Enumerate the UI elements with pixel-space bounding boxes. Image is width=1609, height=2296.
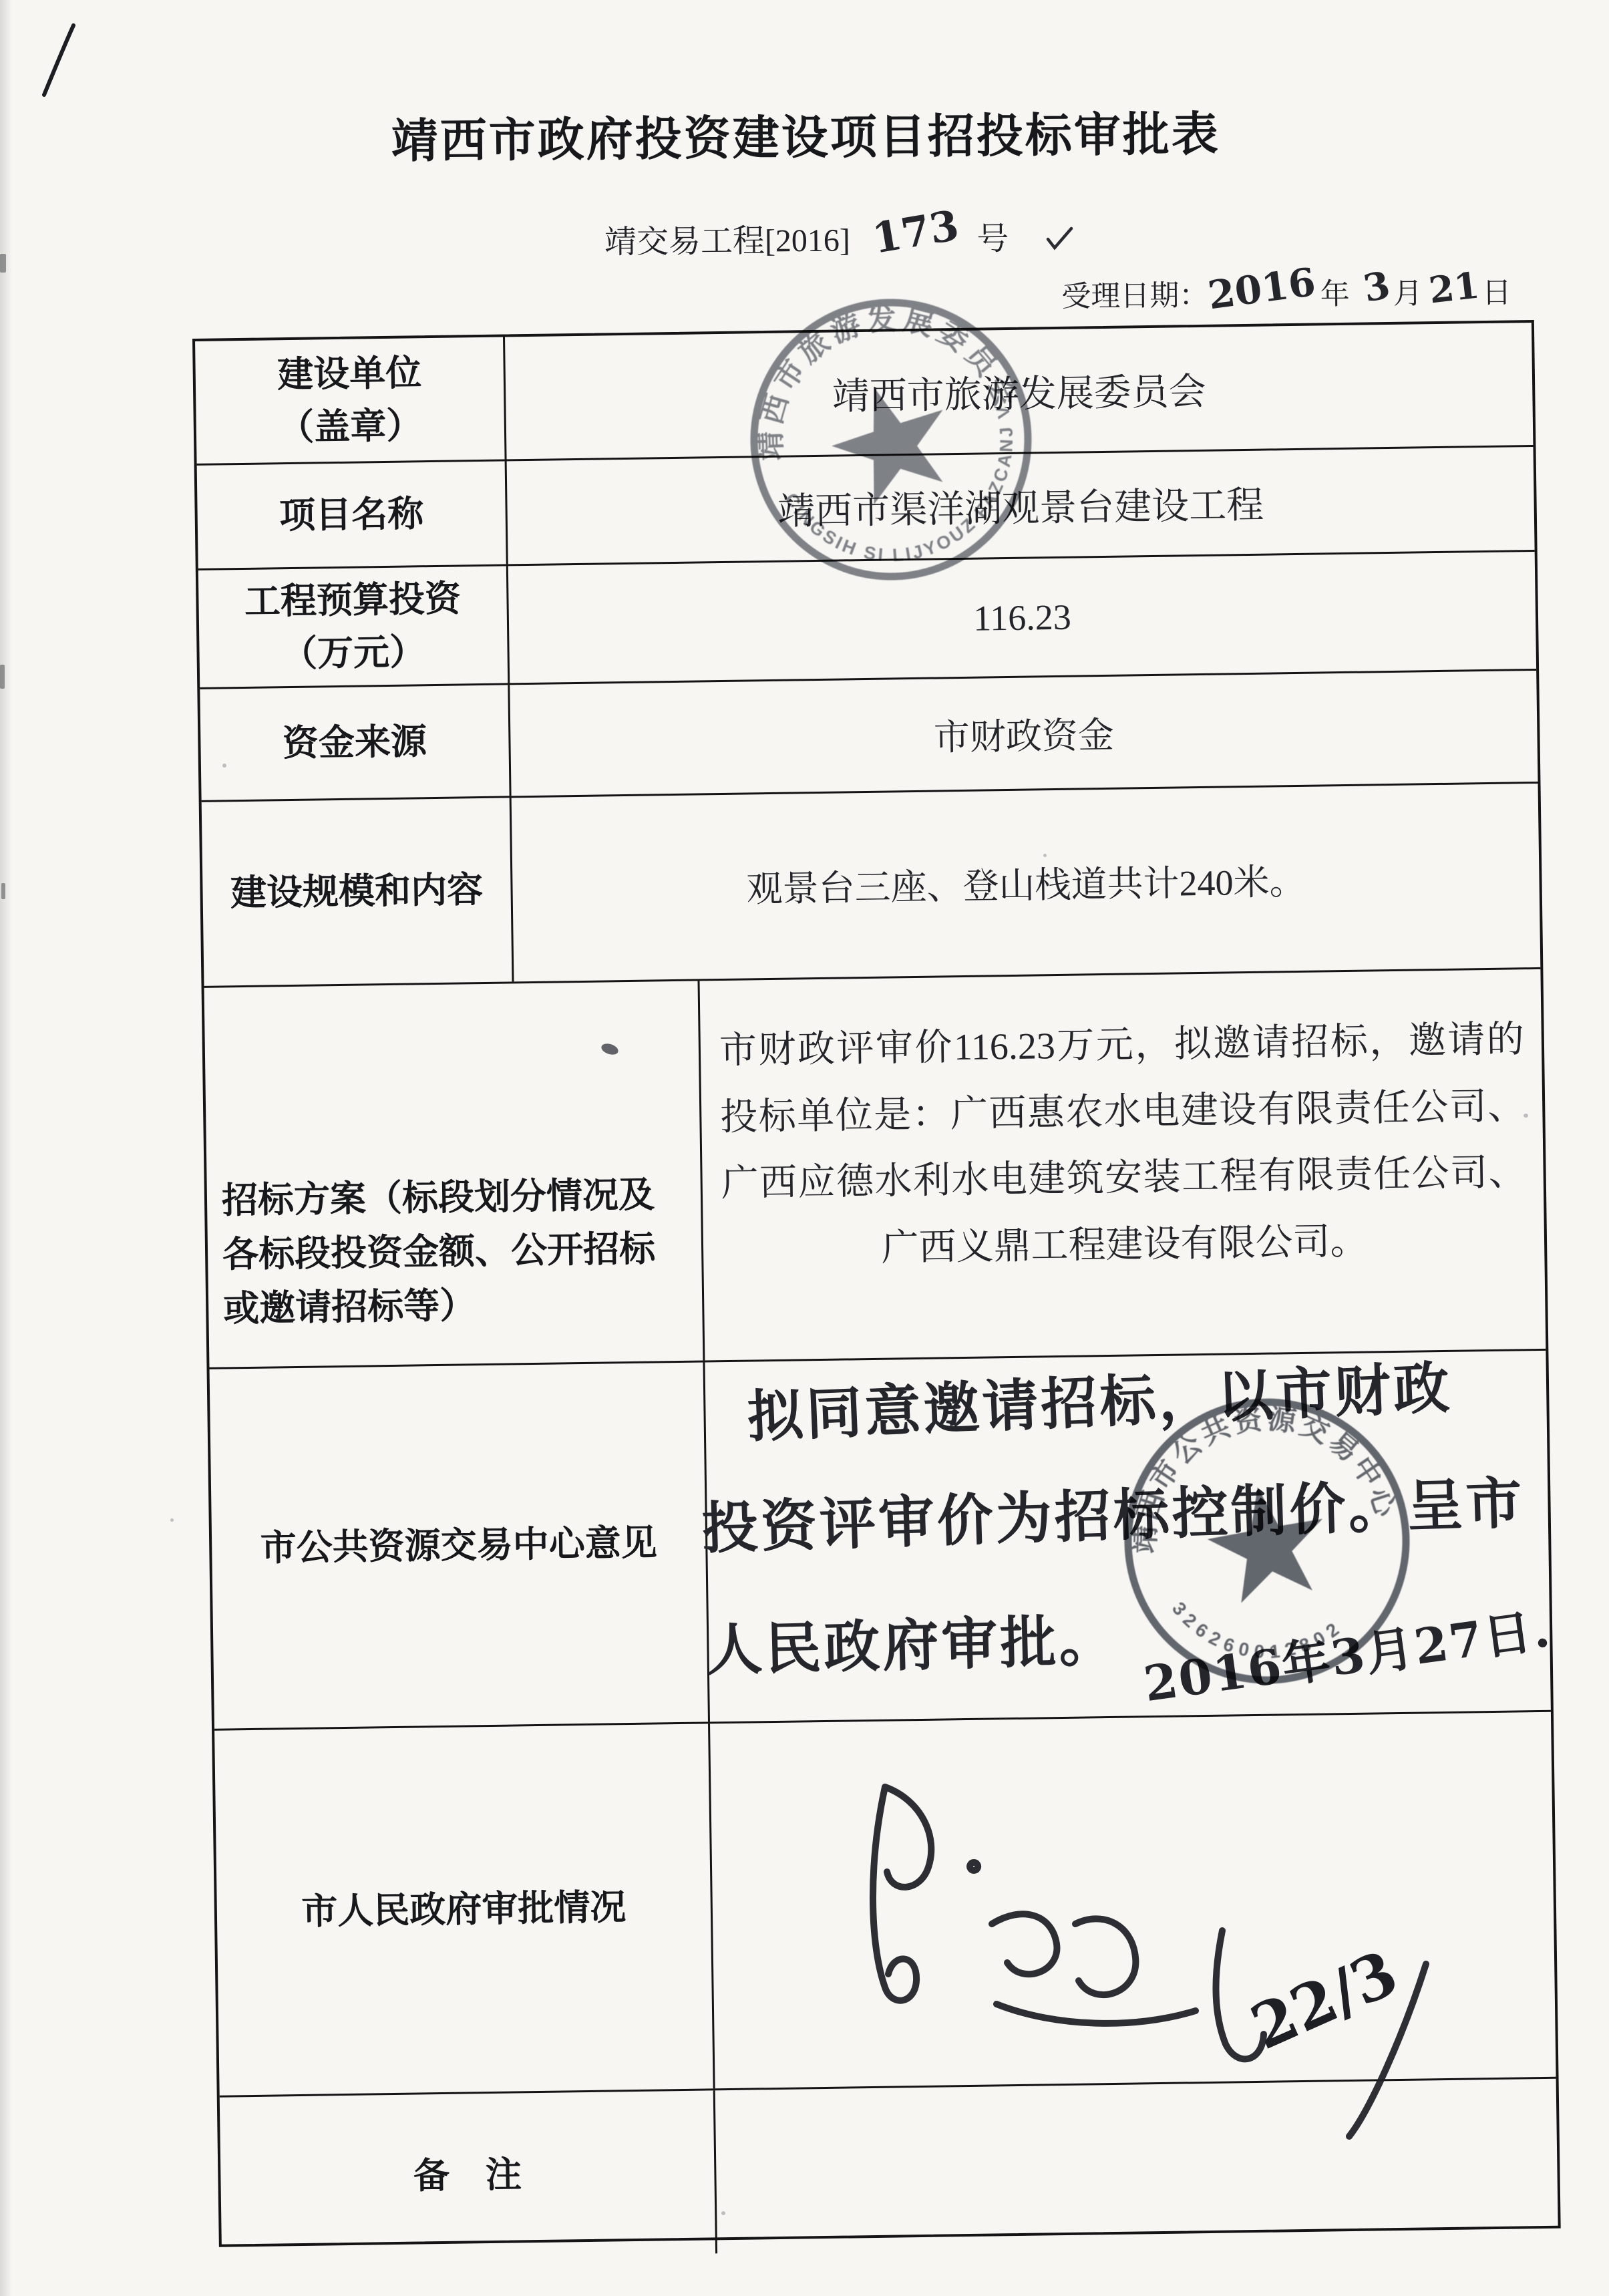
accept-day-unit: 日 [1482, 277, 1511, 309]
scan-edge-mark [1, 883, 5, 899]
accept-day-handwritten: 21 [1427, 264, 1481, 312]
trading-center-seal: 靖西市公共资源交易中心 326260012802 [1085, 1359, 1449, 1723]
form-header: 靖西市政府投资建设项目招投标审批表 靖交易工程[2016]173号 受理日期：2… [0, 0, 1609, 7]
row-label: 资金来源 [282, 715, 427, 770]
page-title: 靖西市政府投资建设项目招投标审批表 [1, 93, 1609, 174]
stray-pen-slash [35, 20, 81, 100]
accept-date-label: 受理日期： [1061, 279, 1208, 313]
row-label-cell: 备 注 [220, 2090, 717, 2260]
accept-month-unit: 月 [1393, 277, 1423, 310]
table-row-funding-source: 资金来源 市财政资金 [200, 669, 1538, 800]
row-value: 市财政评审价116.23万元，拟邀请招标，邀请的投标单位是：广西惠农水电建设有限… [719, 1019, 1527, 1269]
row-label: 市人民政府审批情况 [301, 1881, 627, 1938]
scan-edge-shadow [0, 0, 12, 2296]
row-value-cell: 116.23 [508, 552, 1536, 683]
accept-month-handwritten: 3 [1360, 263, 1393, 311]
scan-edge-mark [0, 665, 5, 689]
row-label-cell: 招标方案（标段划分情况及各标段投资金额、公开招标或邀请招标等） [204, 981, 705, 1367]
row-label: 建设单位 （盖章） [277, 347, 423, 454]
row-value-cell: 观景台三座、登山栈道共计240米。 [512, 784, 1541, 981]
row-label-cell: 建设规模和内容 [202, 798, 514, 985]
scanned-form-page: 靖西市政府投资建设项目招投标审批表 靖交易工程[2016]173号 受理日期：2… [0, 0, 1609, 2296]
row-label-cell: 市公共资源交易中心意见 [210, 1362, 710, 1728]
row-label: 建设规模和内容 [230, 864, 484, 920]
row-label-cell: 工程预算投资 （万元） [198, 566, 510, 687]
table-row-bidding-plan: 招标方案（标段划分情况及各标段投资金额、公开招标或邀请招标等） 市财政评审价11… [204, 967, 1546, 1367]
doc-no-handwritten: 173 [869, 200, 962, 263]
accept-year-handwritten: 2016 [1206, 259, 1318, 318]
row-value-cell: 市财政评审价116.23万元，拟邀请招标，邀请的投标单位是：广西惠农水电建设有限… [699, 969, 1546, 1361]
row-label: 招标方案（标段划分情况及各标段投资金额、公开招标或邀请招标等） [221, 1168, 691, 1337]
row-label-cell: 建设单位 （盖章） [195, 337, 507, 463]
row-label-cell: 资金来源 [200, 685, 511, 800]
row-label-cell: 项目名称 [197, 461, 508, 568]
document-number: 靖交易工程[2016]173号 [2, 205, 1609, 268]
handwritten-opinion-line3: 人民政府审批。 [705, 1613, 1118, 1679]
row-label-cell: 市人民政府审批情况 [214, 1724, 715, 2095]
scan-speck [170, 1518, 174, 1522]
row-value: 116.23 [973, 596, 1071, 639]
table-row-scale-content: 建设规模和内容 观景台三座、登山栈道共计240米。 [202, 782, 1541, 986]
row-label: 备 注 [413, 2148, 522, 2202]
row-value: 市财政资金 [933, 706, 1114, 760]
row-value-cell: 市财政资金 [510, 671, 1538, 796]
row-label: 市公共资源交易中心意见 [260, 1516, 657, 1575]
row-label: 项目名称 [279, 488, 424, 542]
doc-no-prefix: 靖交易工程[2016] [604, 222, 850, 260]
row-label: 工程预算投资 （万元） [244, 573, 462, 681]
row-value: 观景台三座、登山栈道共计240米。 [746, 853, 1306, 913]
accept-year-unit: 年 [1320, 278, 1350, 311]
accept-date-line: 受理日期：2016年3月21日 [1061, 267, 1511, 316]
handwritten-signature: 22/3 [822, 1724, 1463, 2151]
